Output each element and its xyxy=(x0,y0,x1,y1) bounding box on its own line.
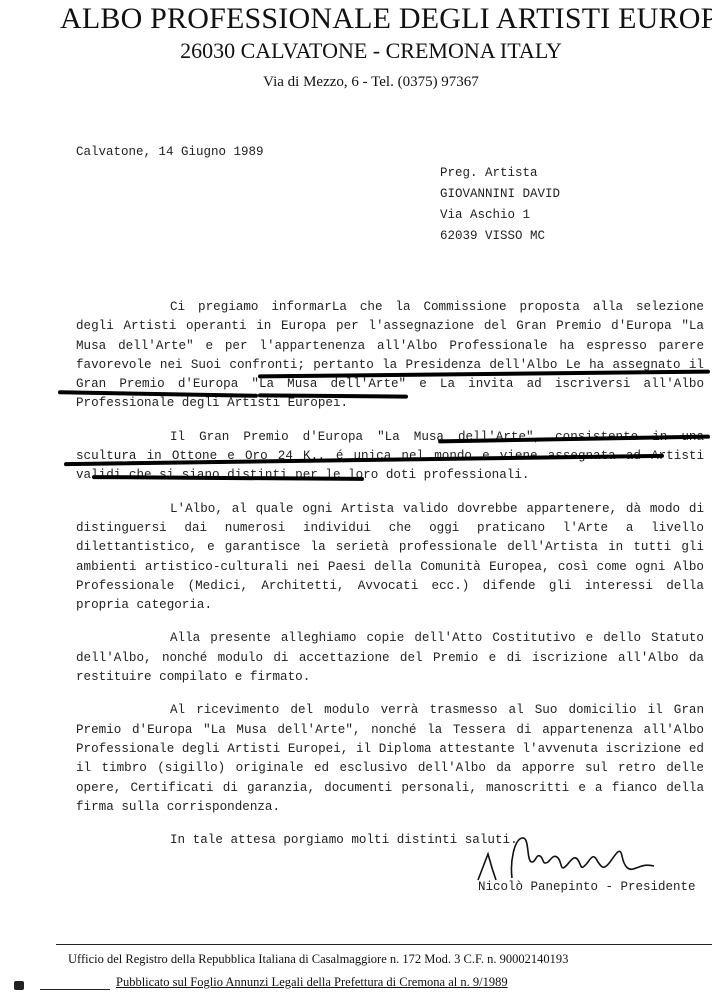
recipient-salutation: Preg. Artista xyxy=(440,163,560,184)
paragraph-3: L'Albo, al quale ogni Artista valido dov… xyxy=(76,500,704,616)
signature-scribble xyxy=(470,832,690,884)
paragraph-4: Alla presente alleghiamo copie dell'Atto… xyxy=(76,629,704,687)
letter-body: Ci pregiamo informarLa che la Commission… xyxy=(76,298,704,864)
footer-registry: Ufficio del Registro della Repubblica It… xyxy=(68,952,568,967)
organization-address: Via di Mezzo, 6 - Tel. (0375) 97367 xyxy=(0,74,712,91)
recipient-city: 62039 VISSO MC xyxy=(440,226,560,247)
recipient-block: Preg. Artista GIOVANNINI DAVID Via Aschi… xyxy=(440,163,560,247)
footer-publication: Pubblicato sul Foglio Annunzi Legali del… xyxy=(116,975,508,990)
date-line: Calvatone, 14 Giugno 1989 xyxy=(76,145,264,159)
recipient-name: GIOVANNINI DAVID xyxy=(440,184,560,205)
footer-divider xyxy=(56,944,712,945)
recipient-street: Via Aschio 1 xyxy=(440,205,560,226)
stamp-mark xyxy=(14,981,24,990)
footer-leader-line xyxy=(40,989,110,990)
signer-name: Nicolò Panepinto - Presidente xyxy=(478,880,696,894)
organization-title: ALBO PROFESSIONALE DEGLI ARTISTI EUROPEI xyxy=(60,2,712,36)
organization-city: 26030 CALVATONE - CREMONA ITALY xyxy=(0,38,712,64)
paragraph-5: Al ricevimento del modulo verrà trasmess… xyxy=(76,701,704,817)
